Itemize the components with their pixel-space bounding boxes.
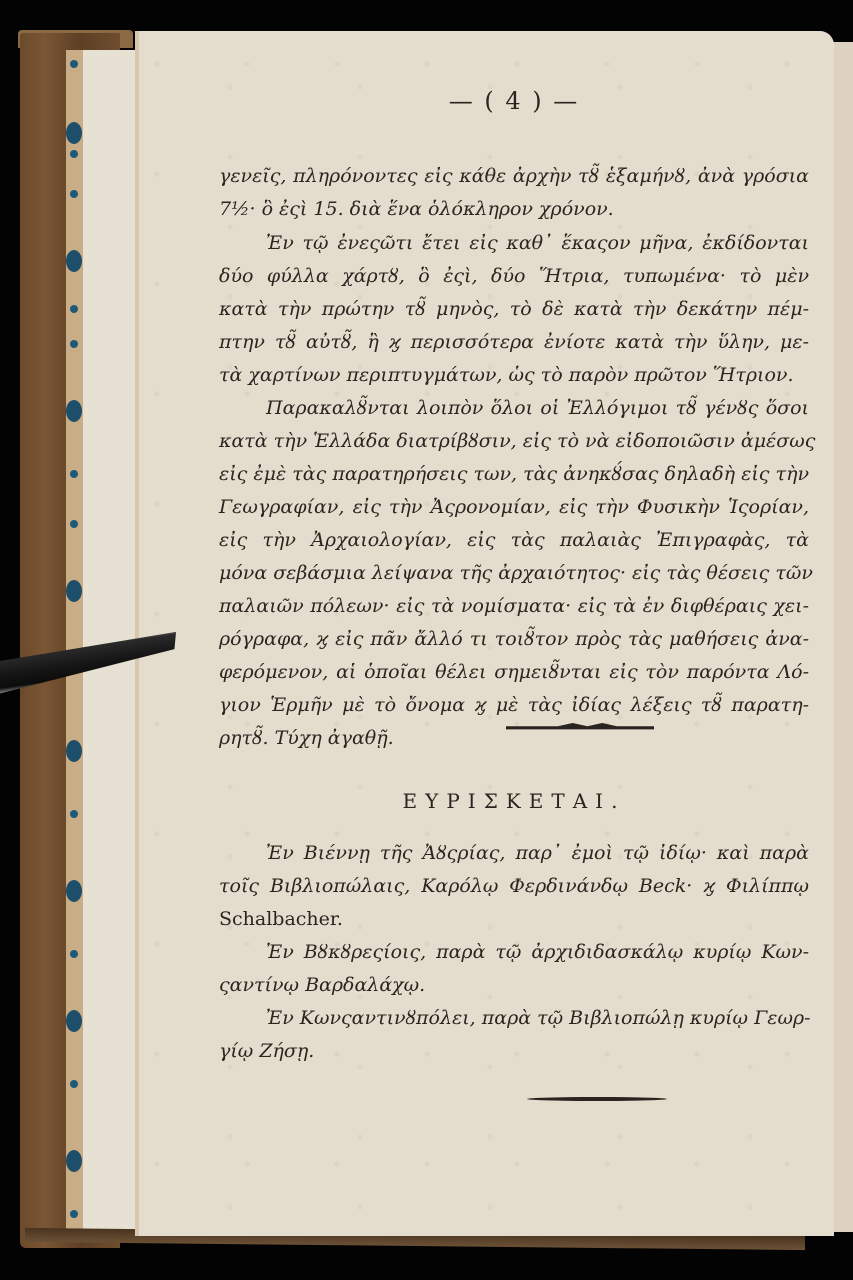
text-line: πτην τȣ̃ αὐτȣ̃, ἢ ϗ περισσότερα ἐνίοτε κ… [219, 327, 809, 357]
location-line: τοῖς Βιβλιοπώλαις, Καρόλῳ Φερδινάνδῳ Bec… [219, 871, 809, 901]
location-line: γίῳ Ζήσῃ. [219, 1036, 809, 1066]
location-line: Ἐν Κωνςαντινȣπόλει, παρὰ τῷ Βιβλιοπώλῃ κ… [219, 1003, 809, 1033]
paragraph-start: Ἐν τῷ ἐνεςῶτι ἔτει εἰς καθ᾽ ἕκαςον μῆνα,… [219, 228, 809, 258]
text-line: δύο φύλλα χάρτȣ, ὃ ἐςὶ, δύο Ἥτρια, τυπωμ… [219, 261, 809, 291]
text-line: 7½· ὃ ἐςὶ 15. διὰ ἕνα ὁλόκληρον χρόνον. [219, 194, 809, 224]
location-line: Ἐν Βιέννῃ τῆς Ἀȣςρίας, παρ᾽ ἐμοὶ τῷ ἰδίῳ… [219, 838, 809, 868]
text-line: μόνα σεβάσμια λείψανα τῆς ἀρχαιότητος· ε… [219, 558, 809, 588]
paragraph-start: Παρακαλȣ̃νται λοιπὸν ὅλοι οἱ Ἐλλόγιμοι τ… [219, 393, 809, 423]
text-line: εἰς τὴν Ἀρχαιολογίαν, εἰς τὰς παλαιὰς Ἐπ… [219, 525, 809, 555]
location-line: Schalbacher. [219, 904, 809, 934]
page-number: — ( 4 ) — [219, 87, 809, 115]
text-line: τὰ χαρτίνων περιπτυγμάτων, ὡς τὸ παρὸν π… [219, 360, 809, 390]
location-line: Ἐν Βȣκȣρεςίοις, παρὰ τῷ ἀρχιδιδασκάλῳ κυ… [219, 937, 809, 967]
text-line: ρόγραφα, ϗ εἰς πᾶν ἄλλό τι τοιȣ̃τον πρὸς… [219, 624, 809, 654]
text-line: παλαιῶν πόλεων· εἰς τὰ νομίσματα· εἰς τὰ… [219, 591, 809, 621]
text-line: κατὰ τὴν πρώτην τȣ̃ μηνὸς, τὸ δὲ κατὰ τὴ… [219, 294, 809, 324]
text-line: εἰς ἐμὲ τὰς παρατηρήσεις των, τὰς ἀνηκȣ́… [219, 459, 809, 489]
location-line: ςαντίνῳ Βαρδαλάχῳ. [219, 970, 809, 1000]
text-line: γιον Ἑρμῆν μὲ τὸ ὄνομα ϗ μὲ τὰς ἰδίας λέ… [219, 690, 809, 720]
text-line: γενεῖς, πληρόνοντες εἰς κάθε ἀρχὴν τȣ̃ ἑ… [219, 161, 809, 191]
text-line: κατὰ τὴν Ἑλλάδα διατρίβȣσιν, εἰς τὸ νὰ ε… [219, 426, 809, 456]
text-line: φερόμενον, αἱ ὁποῖαι θέλει σημειȣ̃νται ε… [219, 657, 809, 687]
marbled-endpaper-edge [66, 50, 84, 1230]
text-line: Γεωγραφίαν, εἰς τὴν Ἀςρονομίαν, εἰς τὴν … [219, 492, 809, 522]
book-page: — ( 4 ) — γενεῖς, πληρόνοντες εἰς κάθε ἀ… [135, 31, 834, 1236]
end-rule [527, 1097, 667, 1101]
section-heading: ΕΥΡΙΣΚΕΤΑΙ. [219, 789, 809, 813]
